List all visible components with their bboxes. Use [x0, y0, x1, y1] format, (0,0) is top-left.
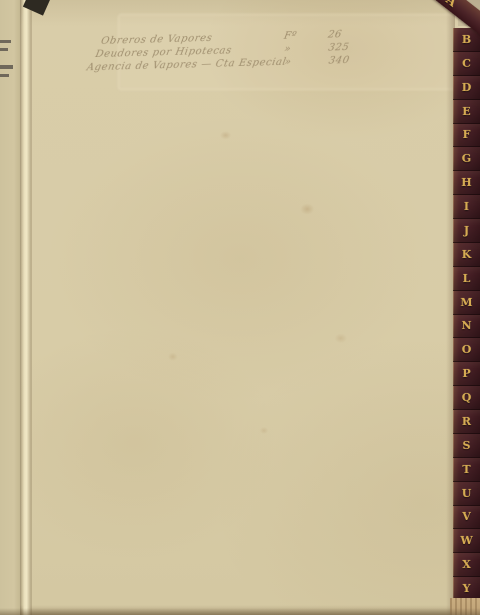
tab-letter: B [462, 34, 471, 45]
tab-letter: U [462, 488, 472, 499]
index-tab-n: N [453, 314, 480, 338]
tab-letter: H [461, 177, 471, 188]
folio-number: 26 [327, 29, 343, 40]
tab-letter: A [444, 0, 459, 8]
tab-letter: C [462, 58, 471, 69]
index-tab-l: L [453, 266, 480, 290]
tab-letter: V [462, 511, 471, 522]
tab-letter: J [464, 225, 469, 236]
thumb-index-strip: BCDEFGHIJKLMNOPQRSTUVWXY [453, 28, 480, 600]
index-tab-d: D [453, 75, 480, 99]
scanned-ledger-page: Obreros de VaporesFº26Deudores por Hipot… [0, 0, 480, 615]
index-tab-o: O [453, 337, 480, 361]
folio-number: 340 [328, 55, 351, 67]
index-tab-w: W [453, 528, 480, 552]
index-tab-q: Q [453, 385, 480, 409]
tab-letter: W [460, 535, 472, 546]
tab-letter: N [461, 320, 471, 331]
tab-letter: R [462, 416, 471, 427]
index-tab-y: Y [453, 576, 480, 600]
tab-letter: G [462, 153, 471, 164]
tab-letter: S [463, 440, 471, 451]
tab-letter: P [462, 368, 470, 379]
tab-letter: D [462, 82, 472, 93]
index-tab-r: R [453, 409, 480, 433]
tab-letter: X [462, 559, 471, 570]
tab-letter: O [462, 344, 472, 355]
index-tab-g: G [453, 146, 480, 170]
folio-label: » [284, 57, 293, 68]
index-tab-u: U [453, 481, 480, 505]
tab-letter: L [463, 273, 471, 284]
index-tab-m: M [453, 290, 480, 314]
index-tab-t: T [453, 457, 480, 481]
index-tab-i: I [453, 194, 480, 218]
index-tab-e: E [453, 99, 480, 123]
index-tab-s: S [453, 433, 480, 457]
index-tab-j: J [453, 218, 480, 242]
handwritten-index: Obreros de VaporesFº26Deudores por Hipot… [0, 0, 442, 112]
tab-letter: T [462, 464, 470, 475]
folio-label: Fº [283, 30, 298, 41]
folio-label: » [283, 44, 292, 55]
index-tab-x: X [453, 552, 480, 576]
page-bottom-edge [0, 608, 480, 615]
tab-letter: Y [463, 583, 471, 594]
tab-letter: Q [462, 392, 472, 403]
tab-letter: E [462, 106, 470, 117]
index-tab-v: V [453, 505, 480, 529]
tab-letter: I [464, 201, 469, 212]
index-tab-c: C [453, 51, 480, 75]
entry-text: Obreros de Vapores [100, 33, 213, 47]
tab-letter: K [462, 249, 472, 260]
tab-letter: F [463, 129, 471, 140]
index-tab-k: K [453, 242, 480, 266]
index-tab-h: H [453, 170, 480, 194]
index-tab-p: P [453, 361, 480, 385]
folio-number: 325 [327, 42, 350, 54]
tab-letter: M [460, 297, 472, 308]
index-tab-f: F [453, 123, 480, 147]
